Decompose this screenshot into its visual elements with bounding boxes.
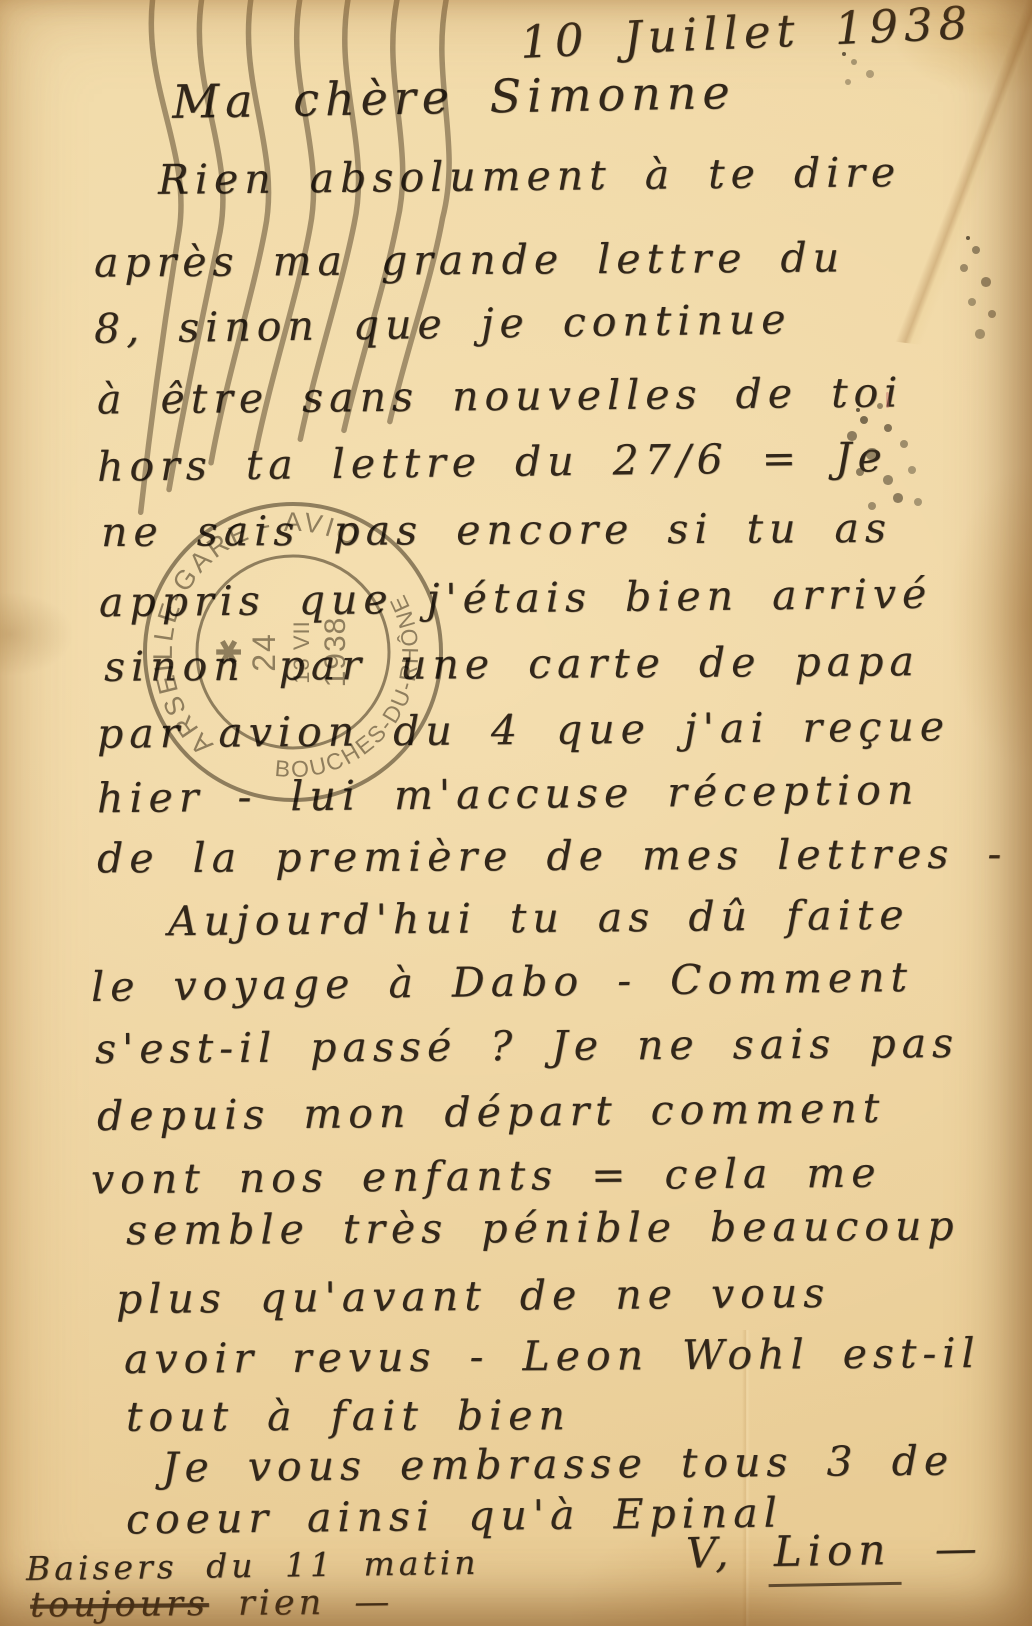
letter-line: semble très pénible beaucoup	[126, 1202, 960, 1254]
wave-line	[203, 0, 274, 463]
letter-line: Aujourd'hui tu as dû faite	[168, 891, 910, 945]
signature-name: Lion	[767, 1525, 902, 1587]
letter-line: depuis mon départ comment	[97, 1084, 886, 1140]
letter-line: de la première de mes lettres -	[97, 830, 1008, 883]
letter-line: tout à fait bien	[126, 1391, 571, 1441]
letter-line: le voyage à Dabo - Comment	[91, 953, 914, 1011]
letter-line: vont nos enfants = cela me	[91, 1149, 882, 1204]
postscript-text: Baisers du 11 matin	[26, 1543, 480, 1588]
ink-smudge	[842, 52, 846, 56]
postcard-scan: 10 Juillet 1938 Ma chère Simonne Rien ab…	[0, 0, 1032, 1626]
postmark-star: ✱	[211, 638, 249, 667]
signature-prefix: V,	[686, 1528, 735, 1578]
ink-smudge	[966, 236, 970, 240]
wave-line	[118, 0, 203, 512]
letter-line: Je vous embrasse tous 3 de	[162, 1437, 955, 1492]
ink-smudge	[856, 408, 860, 412]
letter-line: plus qu'avant de ne vous	[116, 1269, 831, 1323]
postscript-time-note: Baisers du 11 matin	[26, 1543, 480, 1588]
postmark-date-year: 1938	[319, 617, 352, 688]
postscript-bottom-rest: rien —	[238, 1582, 394, 1623]
postmark-collection-number: 24	[246, 632, 282, 672]
letter-date: 10 Juillet 1938	[519, 0, 974, 69]
letter-line: s'est-il passé ? Je ne sais pas	[95, 1019, 959, 1073]
postmark-date-day-month: 13 VII	[289, 620, 314, 683]
letter-line: avoir revus - Leon Wohl est-il	[124, 1329, 981, 1383]
letter-line: coeur ainsi qu'à Epinal	[126, 1489, 783, 1544]
signature: V, Lion —	[686, 1523, 984, 1577]
postscript-bottom: toujours rien —	[30, 1582, 394, 1625]
struck-word: toujours	[30, 1584, 209, 1626]
signature-flourish: —	[934, 1523, 983, 1573]
red-mark	[886, 392, 889, 408]
